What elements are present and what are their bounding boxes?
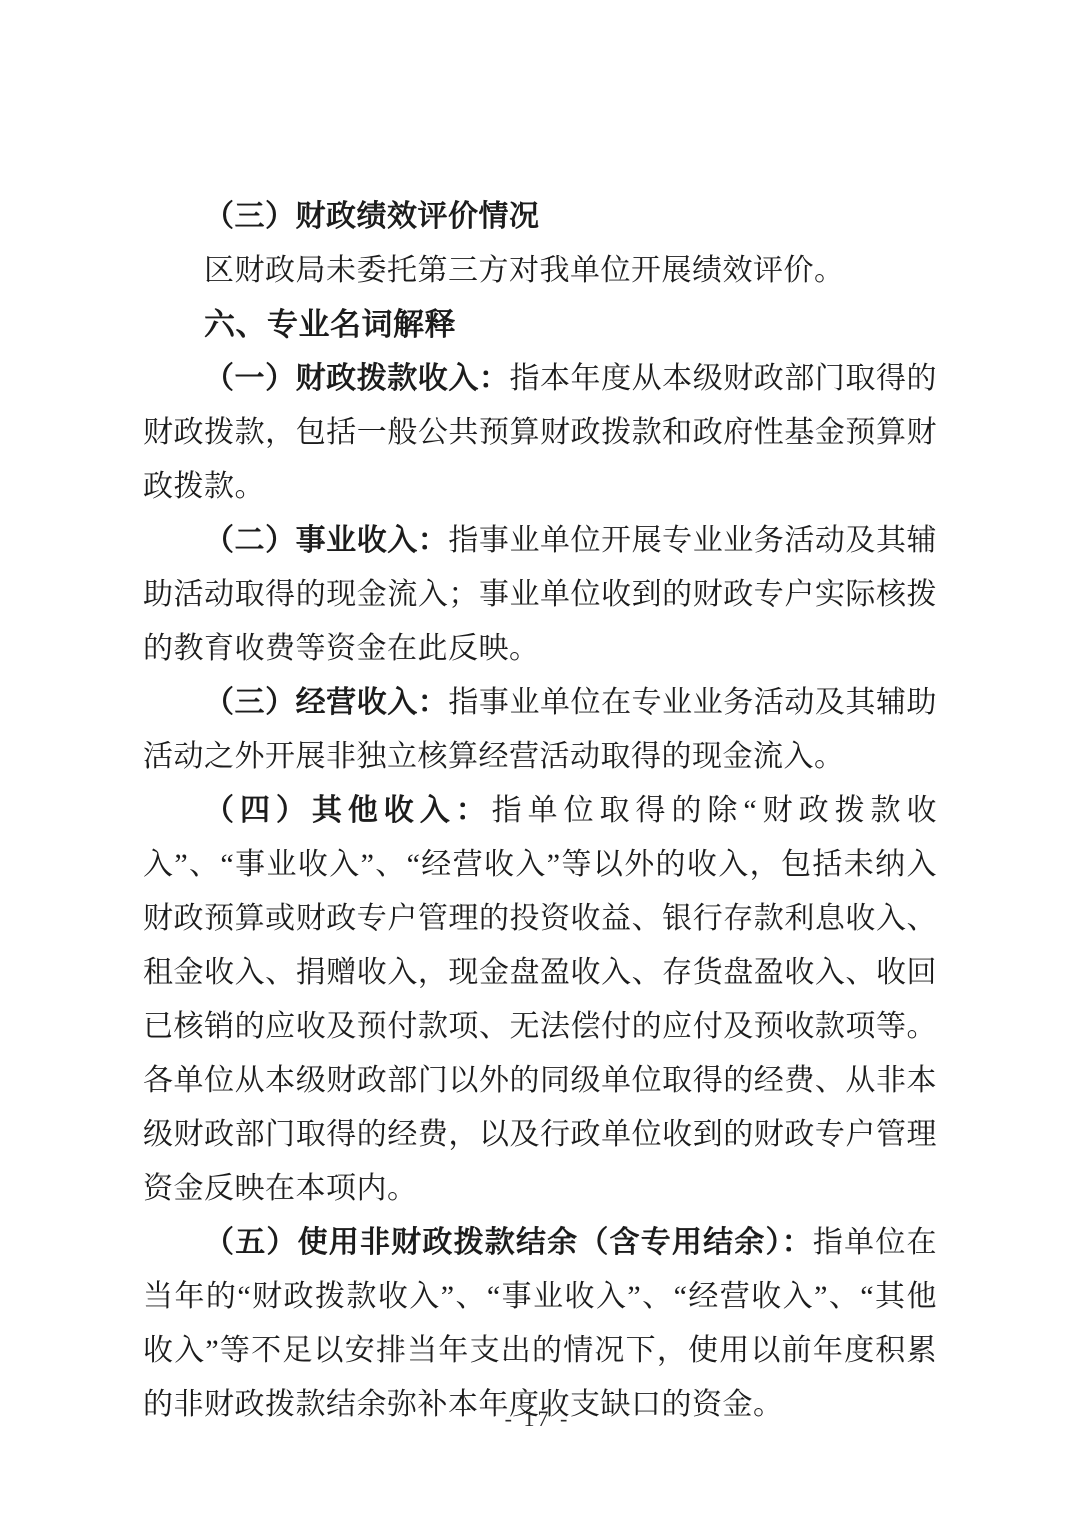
section-heading-glossary: 六、专业名词解释	[143, 298, 937, 352]
term-paragraph-institutional-income: （二）事业收入：指事业单位开展专业业务活动及其辅助活动取得的现金流入；事业单位收…	[143, 514, 937, 676]
term-lead-other-income: （四）其他收入：	[204, 794, 492, 827]
term-paragraph-other-income: （四）其他收入：指单位取得的除“财政拨款收入”、“事业收入”、“经营收入”等以外…	[143, 784, 937, 1216]
paragraph-evaluation-statement: 区财政局未委托第三方对我单位开展绩效评价。	[143, 244, 937, 298]
term-lead-fiscal-appropriation-income: （一）财政拨款收入：	[204, 362, 509, 395]
term-lead-institutional-income: （二）事业收入：	[204, 524, 448, 557]
term-lead-operating-income: （三）经营收入：	[204, 686, 448, 719]
document-body: （三）财政绩效评价情况 区财政局未委托第三方对我单位开展绩效评价。 六、专业名词…	[143, 190, 937, 1432]
term-paragraph-non-fiscal-surplus: （五）使用非财政拨款结余（含专用结余）：指单位在当年的“财政拨款收入”、“事业收…	[143, 1216, 937, 1432]
section-heading-performance-evaluation: （三）财政绩效评价情况	[143, 190, 937, 244]
document-page: （三）财政绩效评价情况 区财政局未委托第三方对我单位开展绩效评价。 六、专业名词…	[0, 0, 1075, 1520]
term-lead-non-fiscal-surplus: （五）使用非财政拨款结余（含专用结余）：	[204, 1226, 813, 1259]
page-number: - 17 -	[0, 1406, 1075, 1432]
term-paragraph-fiscal-appropriation-income: （一）财政拨款收入：指本年度从本级财政部门取得的财政拨款，包括一般公共预算财政拨…	[143, 352, 937, 514]
term-definition-other-income: 指单位取得的除“财政拨款收入”、“事业收入”、“经营收入”等以外的收入，包括未纳…	[143, 794, 937, 1205]
term-paragraph-operating-income: （三）经营收入：指事业单位在专业业务活动及其辅助活动之外开展非独立核算经营活动取…	[143, 676, 937, 784]
